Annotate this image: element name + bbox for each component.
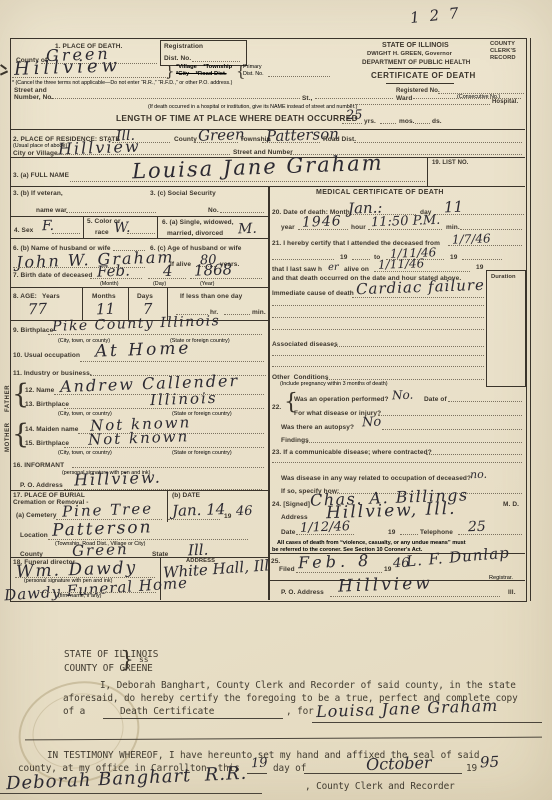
dotted-leader	[415, 123, 430, 124]
dotted-leader	[48, 334, 262, 335]
duration-label: Duration	[491, 274, 516, 280]
autopsy-label: Was there an autopsy?	[281, 424, 354, 431]
signed-label: 24. [Signed]	[272, 501, 310, 508]
dotted-leader	[272, 259, 334, 260]
informant-label: 16. INFORMANT	[13, 462, 64, 469]
brace-glyph: }	[165, 62, 175, 80]
dotted-leader	[462, 259, 502, 260]
dotted-leader	[148, 278, 186, 279]
dotted-leader	[50, 98, 300, 99]
duration-box	[486, 270, 526, 387]
burial-year-prefix: 19	[224, 513, 231, 520]
full-name-label: 3. (a) FULL NAME	[13, 172, 69, 179]
dotted-leader	[90, 278, 142, 279]
ds-label: ds.	[432, 118, 442, 125]
age-months-value: 11	[96, 300, 116, 319]
primary-label: Primary	[243, 64, 262, 70]
dotted-leader	[352, 259, 370, 260]
dotted-leader	[342, 123, 362, 124]
list-no-box-rule	[427, 157, 428, 186]
firm-name-caption: (firm name, if any)	[58, 593, 101, 599]
death-min-label: min.	[446, 224, 460, 231]
last-saw-her-value: er	[328, 262, 339, 273]
sex-label: 4. Sex	[14, 227, 33, 234]
row-rule	[11, 238, 268, 239]
informant-po-value: Hillview.	[74, 467, 162, 489]
dotted-leader	[268, 76, 330, 77]
dotted-leader	[272, 355, 484, 356]
pen-mark	[0, 64, 7, 70]
nineteen-typed: 19	[466, 763, 477, 774]
death-certificate-document: 127 1. PLACE OF DEATH. County of Green R…	[0, 0, 552, 800]
row-rule	[11, 490, 268, 491]
death-year-label: year	[281, 224, 295, 231]
other-conditions-label: Other Conditions	[272, 374, 329, 381]
road-dist-label: Road Dist.	[323, 136, 356, 143]
county-clerks-record: COUNTY	[490, 41, 515, 47]
md-label: M. D.	[503, 501, 519, 508]
burial-label: 17. PLACE OF BURIAL	[13, 492, 85, 499]
dotted-leader	[272, 462, 522, 463]
registrar-po-value: Hillview	[338, 573, 433, 596]
less-than-day-header: If less than one day	[180, 293, 242, 300]
dotted-leader	[272, 305, 484, 306]
age-label: 8. AGE:	[13, 293, 37, 300]
dotted-leader	[272, 329, 484, 330]
father-name-label: 12. Name	[25, 387, 54, 394]
signed-date-label: Date	[281, 529, 296, 536]
dotted-leader	[55, 154, 230, 155]
dotted-leader	[262, 142, 320, 143]
county-clerks-record: CLERK'S	[490, 48, 516, 54]
dotted-leader	[434, 214, 524, 215]
testimony-year-value: 95	[480, 753, 500, 772]
dotted-leader	[330, 596, 500, 597]
dist-no-label: Dist. No.	[164, 55, 191, 62]
dotted-leader	[190, 278, 262, 279]
row-rule	[11, 216, 268, 217]
mother-side-label: MOTHER	[5, 422, 11, 452]
registered-no-label: Registered No.	[396, 88, 440, 94]
dotted-leader	[48, 539, 248, 540]
underline	[247, 773, 267, 774]
certificate-title: CERTIFICATE OF DEATH	[371, 71, 476, 80]
dotted-leader	[448, 401, 522, 402]
social-security-label: 3. (c) Social Security	[150, 190, 216, 197]
pen-mark	[0, 70, 8, 75]
burial-location-label: Location	[20, 532, 48, 539]
dotted-leader	[192, 61, 240, 62]
dotted-leader	[64, 408, 264, 409]
masthead-governor: DWIGHT H. GREEN, Governor	[367, 51, 452, 57]
name-war-label: name war	[36, 207, 67, 214]
row-rule	[11, 287, 268, 288]
telephone-value: 25	[468, 519, 486, 536]
nineteen-label: 19	[476, 264, 483, 271]
for-label: , for	[286, 706, 314, 717]
dotted-leader	[352, 297, 484, 298]
coroner-note: All cases of death from “violence, casua…	[277, 540, 466, 546]
dotted-leader	[413, 98, 521, 99]
mother-birthplace-value: Not known	[88, 427, 190, 449]
communicable-disease-label: 23. If a communicable disease; where con…	[272, 449, 432, 456]
primary-dist-no-label: Dist. No.	[243, 71, 264, 77]
birthdate-label: 7. Birth date of deceased	[13, 272, 92, 279]
form-right-rule	[530, 38, 531, 601]
dotted-leader	[400, 534, 418, 535]
county-clerks-record: RECORD	[490, 55, 516, 61]
column-divider	[268, 186, 270, 600]
dotted-leader	[306, 442, 522, 443]
age-years-value: 77	[28, 300, 48, 319]
dotted-leader	[168, 519, 220, 520]
dotted-leader	[296, 534, 354, 535]
day-of-label: day of	[273, 763, 306, 774]
occupation-related-value: no.	[470, 468, 487, 482]
length-of-time-value: 25	[346, 108, 363, 124]
q22-label: 22.	[272, 404, 281, 411]
filed-number-label: 25.	[271, 558, 280, 565]
marital-label: 6. (a) Single, widowed,	[162, 219, 234, 226]
birthplace-label: 9. Birthplace	[13, 327, 53, 334]
residence-city-value: Hillview	[58, 137, 141, 159]
marital-label-2: married, divorced	[167, 230, 223, 237]
sex-value: F.	[42, 218, 55, 234]
dotted-leader	[315, 98, 393, 99]
cert-body-line1: I, Deborah Banghart, County Clerk and Re…	[100, 680, 516, 691]
death-hour-value: 11:50 P.M.	[371, 213, 441, 230]
yrs-label: yrs.	[364, 118, 376, 125]
length-of-time-label: LENGTH OF TIME AT PLACE WHERE DEATH OCCU…	[116, 113, 358, 123]
underline	[0, 793, 262, 794]
dotted-leader	[378, 415, 522, 416]
dotted-leader	[426, 454, 522, 455]
filed-date-value: Feb. 8	[298, 551, 373, 573]
nineteen-label: 19	[384, 566, 391, 573]
city-country-caption: (City, town, or country)	[58, 450, 112, 456]
ss-no-label: No.	[208, 207, 219, 214]
registrar-ill-label: Ill.	[508, 589, 516, 596]
burial-year-value: 46	[236, 504, 253, 520]
nineteen-label: 19	[340, 254, 347, 261]
list-no-label: 19. LIST NO.	[432, 160, 469, 166]
cell-rule	[128, 287, 129, 320]
filed-label: Filed	[279, 566, 295, 573]
dotted-leader	[72, 467, 264, 468]
marital-value: M.	[238, 221, 257, 238]
masthead-state: STATE OF ILLINOIS	[382, 42, 449, 49]
dotted-leader	[70, 181, 425, 182]
document-type-value: Death Certificate	[120, 706, 214, 717]
burial-date-label: (b) DATE	[172, 492, 200, 499]
dotted-leader	[64, 447, 264, 448]
page-number-handwritten: 127	[409, 3, 469, 27]
ward-label: Ward	[396, 95, 412, 102]
dotted-leader	[354, 142, 522, 143]
testimony-day-value: 19	[251, 756, 268, 772]
masthead-rule	[386, 83, 454, 84]
city-roaddist-terms: *City *Road Dist.	[176, 71, 227, 77]
cell-rule	[167, 490, 168, 522]
dotted-leader	[224, 314, 250, 315]
operation-performed-label: Was an operation performed?	[294, 396, 389, 403]
min-label: min.	[252, 309, 266, 316]
operation-date-of-label: Date of	[424, 396, 447, 403]
last-saw-label: that I last saw h	[272, 266, 322, 273]
city-or-village-label: City or Village	[13, 150, 58, 157]
dotted-leader	[80, 361, 264, 362]
cancel-note: * (Cancel the three terms not applicable…	[12, 80, 232, 86]
masthead-rule	[388, 68, 450, 69]
masthead-department: DEPARTMENT OF PUBLIC HEALTH	[362, 59, 470, 66]
race-label: race	[95, 229, 109, 236]
street-and-label: Street and	[14, 87, 47, 94]
dotted-leader	[272, 366, 484, 367]
dotted-leader	[368, 229, 442, 230]
dotted-leader	[334, 346, 484, 347]
village-township-terms: *Village *Township	[176, 64, 232, 70]
underline	[103, 718, 283, 719]
father-birthplace-label: 13. Birthplace	[25, 401, 69, 408]
mother-birthplace-label: 15. Birthplace	[25, 440, 69, 447]
cause-of-death-label: Immediate cause of death	[272, 290, 354, 297]
nineteen-label: 19	[388, 529, 395, 536]
dotted-leader	[194, 142, 238, 143]
dotted-leader	[448, 245, 522, 246]
dotted-leader	[374, 271, 470, 272]
dotted-leader	[52, 233, 80, 234]
dotted-leader	[12, 77, 170, 78]
ss-label: ss	[139, 655, 148, 664]
underline	[312, 722, 542, 723]
dotted-leader	[350, 104, 490, 105]
dotted-leader	[458, 534, 522, 535]
occupation-related-label: Was disease in any way related to occupa…	[281, 475, 471, 482]
occupation-value: At Home	[95, 338, 192, 361]
birth-year-value: 1868	[194, 260, 233, 279]
findings-label: Findings	[281, 437, 309, 444]
dotted-leader	[127, 233, 155, 234]
hospital-label: Hospital.	[492, 99, 518, 105]
pregnancy-note: (Include pregnancy within 3 months of de…	[280, 381, 388, 387]
operation-performed-value: No.	[392, 388, 414, 403]
state-foreign-caption: (State or foreign country)	[172, 450, 232, 456]
of-a-label: of a	[63, 706, 85, 717]
dotted-leader	[382, 429, 522, 430]
cell-rule	[83, 216, 84, 238]
dotted-leader	[66, 212, 156, 213]
burial-date-value: Jan. 14	[172, 500, 226, 520]
father-side-label: FATHER	[5, 385, 11, 412]
medical-certificate-header: MEDICAL CERTIFICATE OF DEATH	[316, 189, 444, 196]
alive-on-value: 1/11/46	[378, 256, 425, 272]
brace-glyph: }	[120, 648, 134, 673]
autopsy-value: No	[362, 415, 382, 431]
dotted-leader	[460, 229, 522, 230]
father-birthplace-value: Illinois	[150, 389, 218, 409]
registration-label: Registration	[164, 43, 203, 50]
alive-on-label: alive on	[344, 266, 369, 273]
dotted-leader	[298, 229, 348, 230]
if-alive-label: if alive	[170, 261, 191, 268]
cell-rule	[82, 287, 83, 320]
cemetery-label: (a) Cemetery	[16, 512, 57, 519]
registrar-po-label: P. O. Address	[281, 589, 324, 596]
veteran-label: 3. (b) If veteran,	[13, 190, 63, 197]
st-label: St.,	[302, 95, 313, 102]
death-hour-label: hour	[351, 224, 366, 231]
burial-location-value: Patterson	[52, 517, 153, 540]
hospital-note: (If death occurred in a hospital or inst…	[148, 104, 357, 110]
associated-diseases-label: Associated diseases	[272, 341, 338, 348]
dotted-leader	[326, 379, 484, 380]
telephone-label: Telephone	[420, 529, 453, 536]
number-no-label: Number, No.	[14, 94, 53, 101]
dotted-leader	[272, 317, 484, 318]
occupation-label: 10. Usual occupation	[13, 352, 80, 359]
mother-maiden-label: 14. Maiden name	[25, 426, 79, 433]
cell-rule	[157, 216, 158, 238]
mos-label: mos.	[399, 118, 415, 125]
clerk-title-label: , County Clerk and Recorder	[305, 781, 455, 792]
dotted-leader	[380, 123, 396, 124]
nineteen-label: 19	[450, 254, 457, 261]
dotted-leader	[296, 572, 382, 573]
informant-po-label: P. O. Address	[20, 482, 63, 489]
testimony-month-value: October	[366, 753, 432, 774]
dotted-leader	[220, 212, 264, 213]
cert-county-line: COUNTY OF GREENE	[64, 663, 153, 674]
